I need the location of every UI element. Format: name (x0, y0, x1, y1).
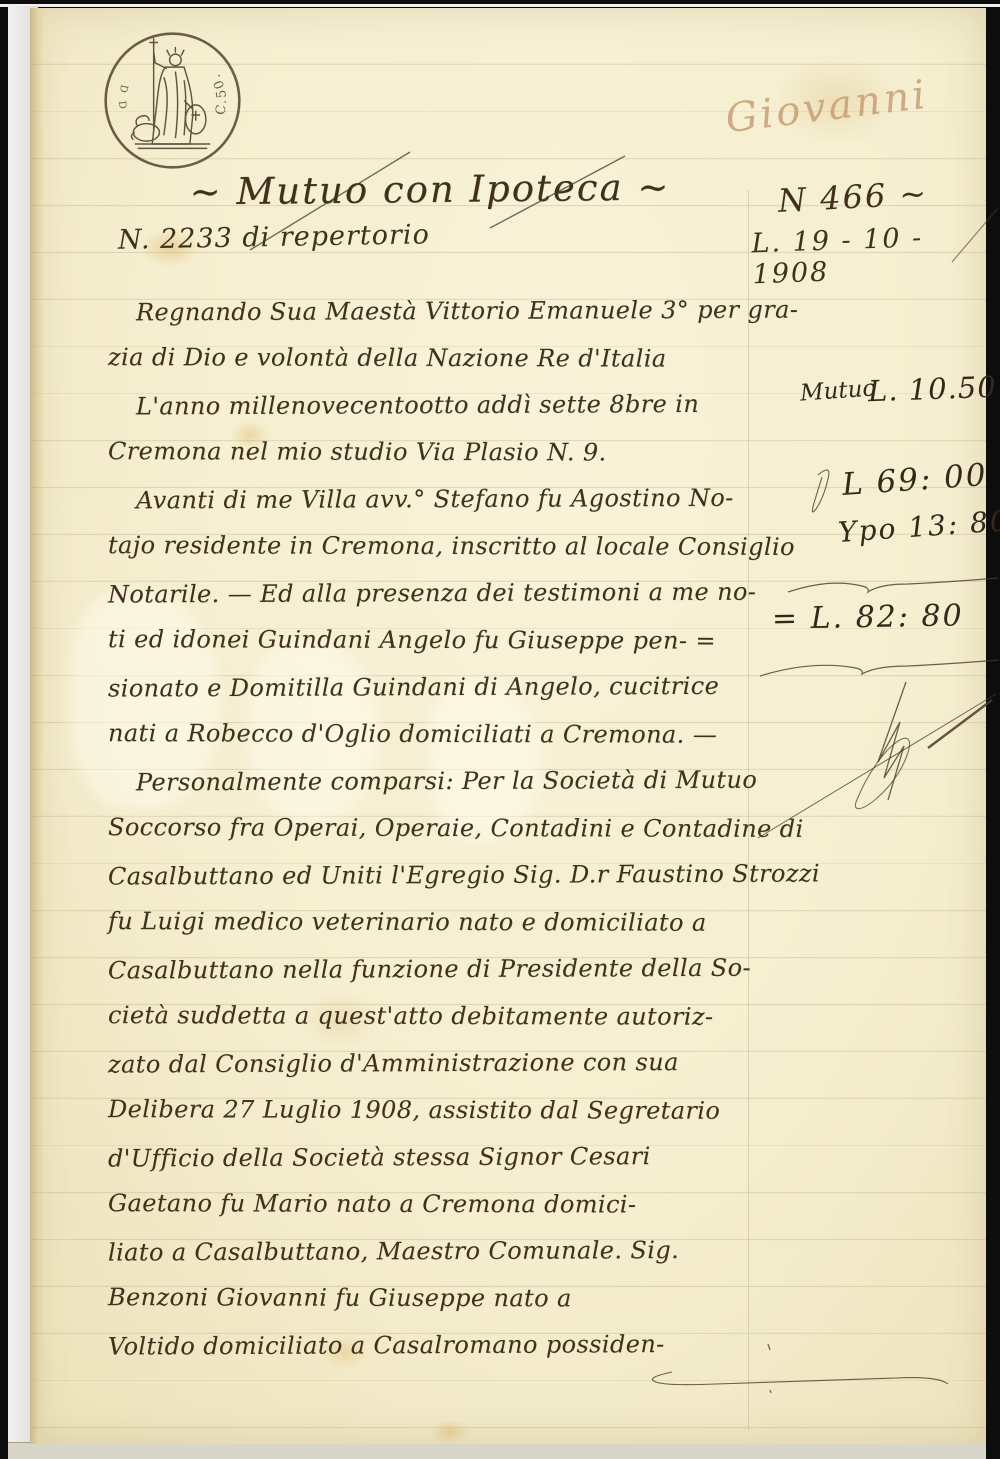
closing-flourish (652, 1344, 948, 1393)
margin-flourishes (0, 0, 1000, 1459)
paraph-flourish (758, 682, 996, 838)
scanned-document: C.50. D D Giovanni ~ Mutuo con Ipoteca ~… (0, 0, 1000, 1459)
